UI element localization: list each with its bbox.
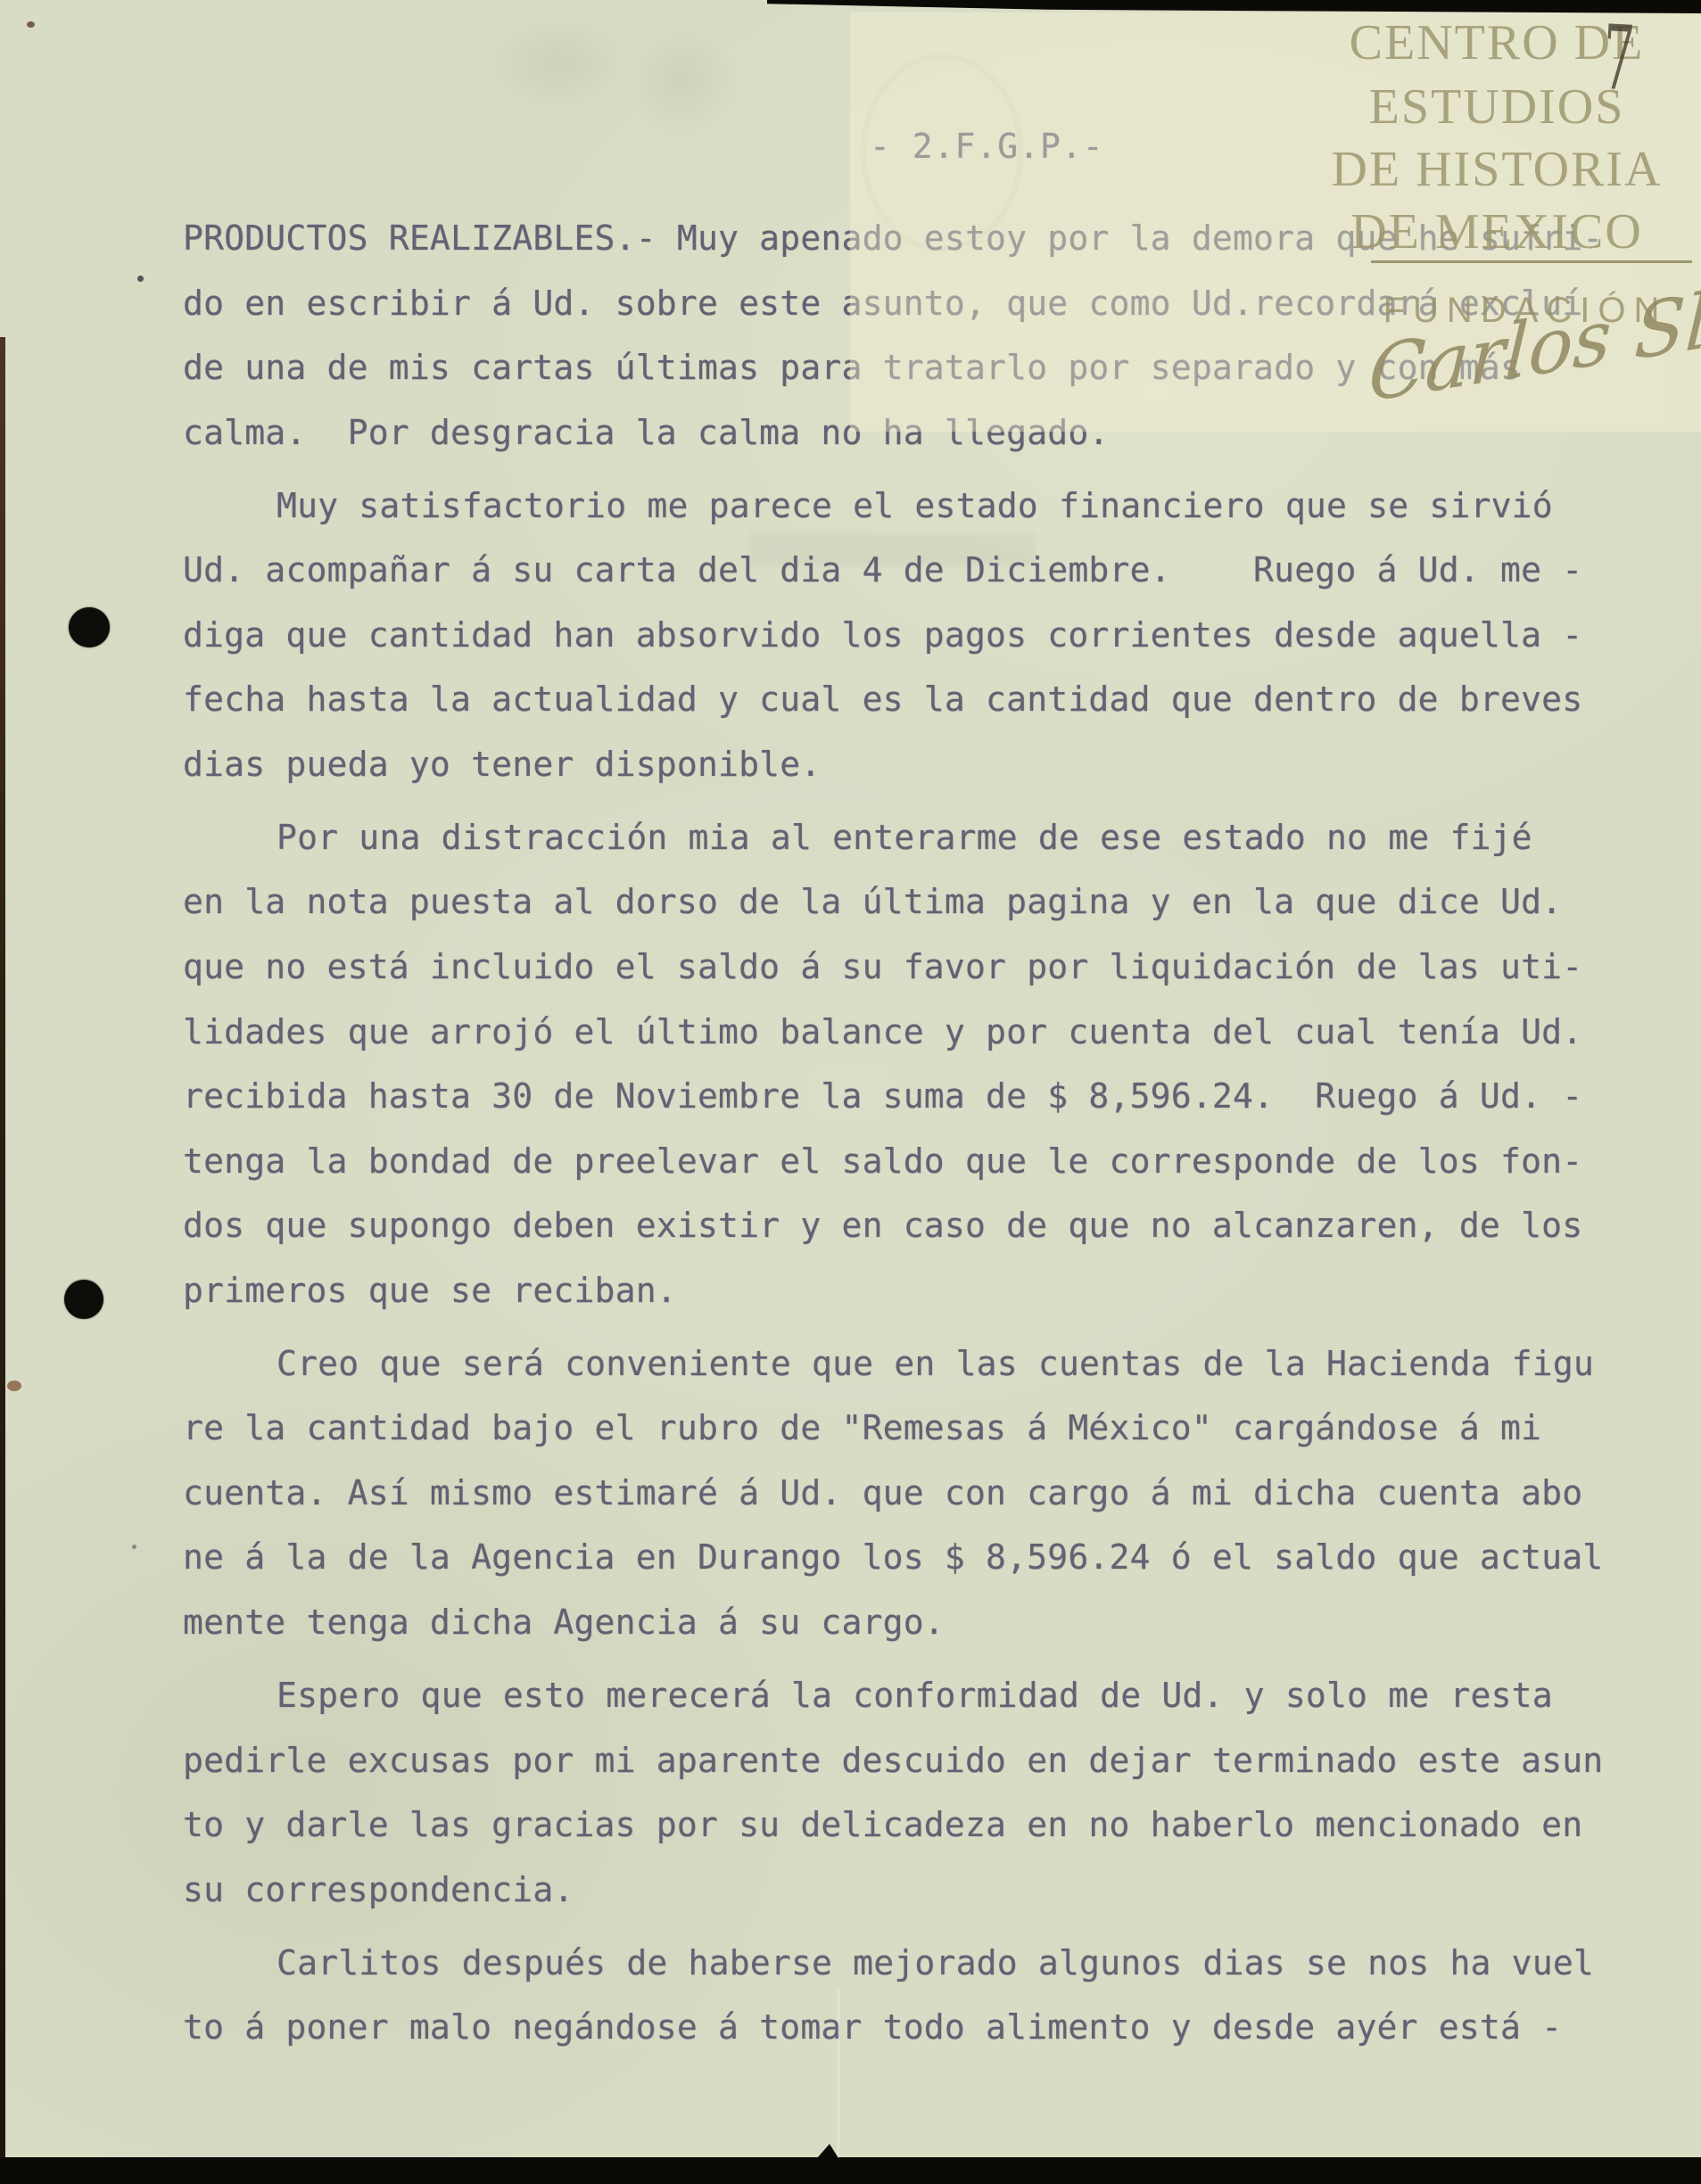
letter-line: fecha hasta la actualidad y cual es la c…: [183, 680, 1582, 718]
letter-line: Espero que esto merecerá la conformidad …: [277, 1677, 1553, 1714]
paper-crease: [838, 1989, 839, 2158]
letter-line: cuenta. Así mismo estimaré á Ud. que con…: [183, 1474, 1582, 1512]
paper-tear-notch: [817, 2144, 838, 2158]
letter-line: to á poner malo negándose á tomar todo a…: [183, 2008, 1562, 2046]
letter-line: dias pueda yo tener disponible.: [183, 746, 821, 783]
ink-smudge: [482, 12, 633, 115]
ink-speck: [132, 1545, 136, 1549]
ink-speck: [137, 276, 144, 282]
watermark-rule: [1371, 260, 1692, 263]
letter-line: su correspondencia.: [183, 1871, 574, 1908]
ink-smudge: [624, 22, 740, 138]
ink-speck: [27, 21, 35, 28]
letter-line: en la nota puesta al dorso de la última …: [183, 883, 1562, 920]
watermark-text: DE HISTORIA: [1309, 143, 1684, 196]
scan-edge-bottom: [0, 2157, 1701, 2184]
letter-line: tenga la bondad de preelevar el saldo qu…: [183, 1142, 1582, 1180]
letter-line: re la cantidad bajo el rubro de "Remesas…: [183, 1409, 1541, 1446]
letter-line: ne á la de la Agencia en Durango los $ 8…: [183, 1538, 1603, 1576]
scanned-letter-page: - 2.F.G.P.- PRODUCTOS REALIZABLES.- Muy …: [0, 0, 1701, 2184]
letter-line: Muy satisfactorio me parece el estado fi…: [277, 487, 1553, 524]
watermark-text: DE MEXICO: [1309, 205, 1684, 259]
letter-line: Carlitos después de haberse mejorado alg…: [277, 1944, 1594, 1982]
letter-line: primeros que se reciban.: [183, 1272, 677, 1309]
letter-line: pedirle excusas por mi aparente descuido…: [183, 1742, 1603, 1779]
pencil-corner-mark: 7: [1600, 5, 1637, 111]
letter-line: Por una distracción mia al enterarme de …: [277, 819, 1532, 856]
letter-line: dos que supongo deben existir y en caso …: [183, 1207, 1582, 1244]
scan-edge-left: [0, 337, 5, 2184]
letter-line: to y darle las gracias por su delicadeza…: [183, 1806, 1582, 1843]
punch-hole: [69, 607, 110, 647]
letter-line: Creo que será conveniente que en las cue…: [277, 1345, 1594, 1382]
letter-line: Ud. acompañar á su carta del dia 4 de Di…: [183, 551, 1582, 589]
punch-hole: [64, 1280, 103, 1319]
letter-line: diga que cantidad han absorvido los pago…: [183, 616, 1582, 654]
letter-line: recibida hasta 30 de Noviembre la suma d…: [183, 1077, 1582, 1115]
letter-line: que no está incluido el saldo á su favor…: [183, 948, 1582, 985]
rust-speck: [7, 1380, 21, 1391]
scan-edge-top: [767, 0, 1701, 13]
letter-line: lidades que arrojó el último balance y p…: [183, 1013, 1582, 1051]
letter-line: mente tenga dicha Agencia á su cargo.: [183, 1603, 945, 1641]
